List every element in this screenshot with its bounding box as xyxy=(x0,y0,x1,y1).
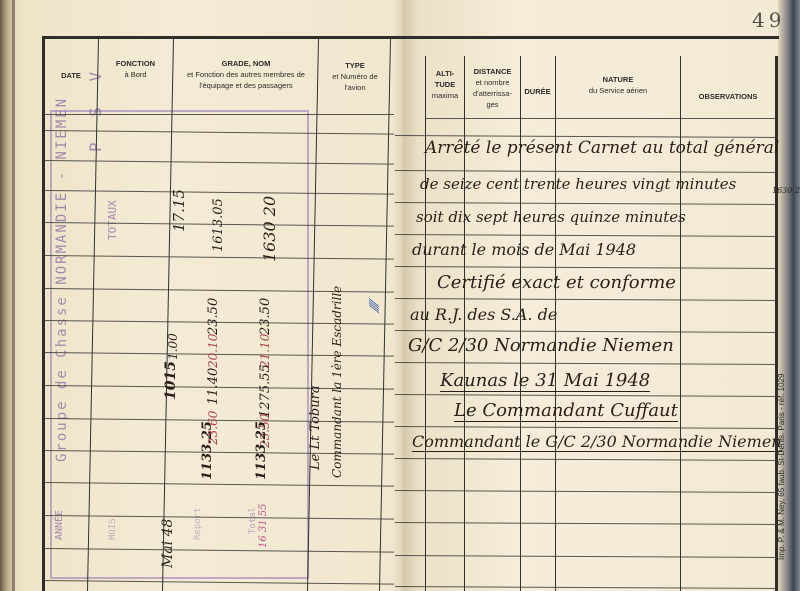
grid-row-line xyxy=(395,522,777,525)
entry-subtotal-100: 1.00 xyxy=(166,333,180,360)
grid-column-line xyxy=(162,38,174,591)
grid-row-line xyxy=(395,426,777,429)
cert-line-6: au R.J. des S.A. de xyxy=(410,305,557,324)
header-duree: DURÉE xyxy=(520,86,555,97)
header-fonction: FONCTIONà Bord xyxy=(98,58,173,80)
frame-top xyxy=(42,36,779,39)
grid-row-line xyxy=(395,555,777,558)
cert-line-4: durant le mois de Mai 1948 xyxy=(412,240,636,259)
logbook-grid xyxy=(0,0,800,591)
header-observations: OBSERVATIONS xyxy=(681,91,775,102)
entry-col-a-2010: 20.10 xyxy=(206,334,220,368)
entry-date: Mai 48 xyxy=(160,519,176,568)
frame-left xyxy=(42,36,45,591)
grid-row-line xyxy=(395,298,777,301)
entry-col-b-2110: 21.10 xyxy=(258,334,272,368)
grid-row-line xyxy=(44,515,394,520)
grid-row-line xyxy=(44,255,394,260)
header-nature: NATUREdu Service aérien xyxy=(556,74,680,96)
grid-row-line xyxy=(395,586,777,589)
header-grade: GRADE, NOMet Fonction des autres membres… xyxy=(175,58,317,91)
entry-value-1715: 17.15 xyxy=(170,189,188,232)
header-distance: DISTANCEet nombre d'atterrissa-ges xyxy=(465,66,520,110)
grid-row-line xyxy=(44,548,394,553)
entry-report-total: 16 31.55 xyxy=(258,503,269,548)
header-date: DATE xyxy=(44,70,98,81)
cert-line-1: Arrêté le présent Carnet au total généra… xyxy=(425,138,779,158)
header-type: TYPEet Numéro de l'avion xyxy=(320,60,390,93)
printer-imprint: Imp. P. & M. Ney, 65 faub. St-Denis. Par… xyxy=(777,374,786,560)
blue-initials: ⁄⁄⁄⁄ xyxy=(368,301,383,310)
grid-row-line xyxy=(395,202,777,205)
grid-row-line xyxy=(44,482,394,487)
grid-column-line xyxy=(87,38,99,591)
grid-row-line xyxy=(395,490,777,493)
grid-column-line xyxy=(307,38,319,591)
grid-row-line xyxy=(44,580,394,585)
grid-row-line xyxy=(395,170,777,173)
grid-row-line xyxy=(395,234,777,237)
entry-subtotal-1015: 1015 xyxy=(163,361,179,400)
cert-line-3: soit dix sept heures quinze minutes xyxy=(416,208,686,226)
cert-line-2: de seize cent trente heures vingt minute… xyxy=(420,175,736,193)
entry-value-163020: 1630 20 xyxy=(260,196,279,262)
cert-line-9: Le Commandant Cuffaut xyxy=(454,400,678,422)
type-note-officer: Le Lt Tobura xyxy=(308,385,323,470)
cert-line-5: Certifié exact et conforme xyxy=(437,272,676,293)
grid-row-line xyxy=(395,362,777,365)
grid-row-line xyxy=(395,266,777,269)
grid-row-line xyxy=(395,394,777,397)
entry-value-161305: 1613.05 xyxy=(211,198,226,252)
header-altitude: ALTI-TUDEmaxima xyxy=(426,68,464,101)
entry-col-b-113325: 1133.25 xyxy=(254,421,269,480)
cert-margin-note: 1630 20 xyxy=(772,186,800,195)
entry-col-b-2350: 23.50 xyxy=(258,298,273,335)
grid-row-line xyxy=(395,330,777,333)
header-rule xyxy=(44,114,394,115)
entry-col-a-1140: 11.40 xyxy=(206,368,221,405)
header-rule xyxy=(425,118,777,119)
grid-column-line xyxy=(379,38,391,591)
type-note-role: Commandant la 1ère Escadrille xyxy=(330,286,344,478)
cert-line-8: Kaunas le 31 Mai 1948 xyxy=(440,370,650,392)
grid-row-line xyxy=(395,458,777,461)
entry-col-b-127555: 1275.55 xyxy=(258,364,273,418)
grid-row-line xyxy=(44,190,394,195)
cert-line-10: Commandant le G/C 2/30 Normandie Niemen xyxy=(412,432,782,452)
entry-col-a-113325: 1133.25 xyxy=(200,421,215,480)
entry-col-a-2350: 23.50 xyxy=(206,298,221,335)
cert-line-7: G/C 2/30 Normandie Niemen xyxy=(408,335,674,356)
